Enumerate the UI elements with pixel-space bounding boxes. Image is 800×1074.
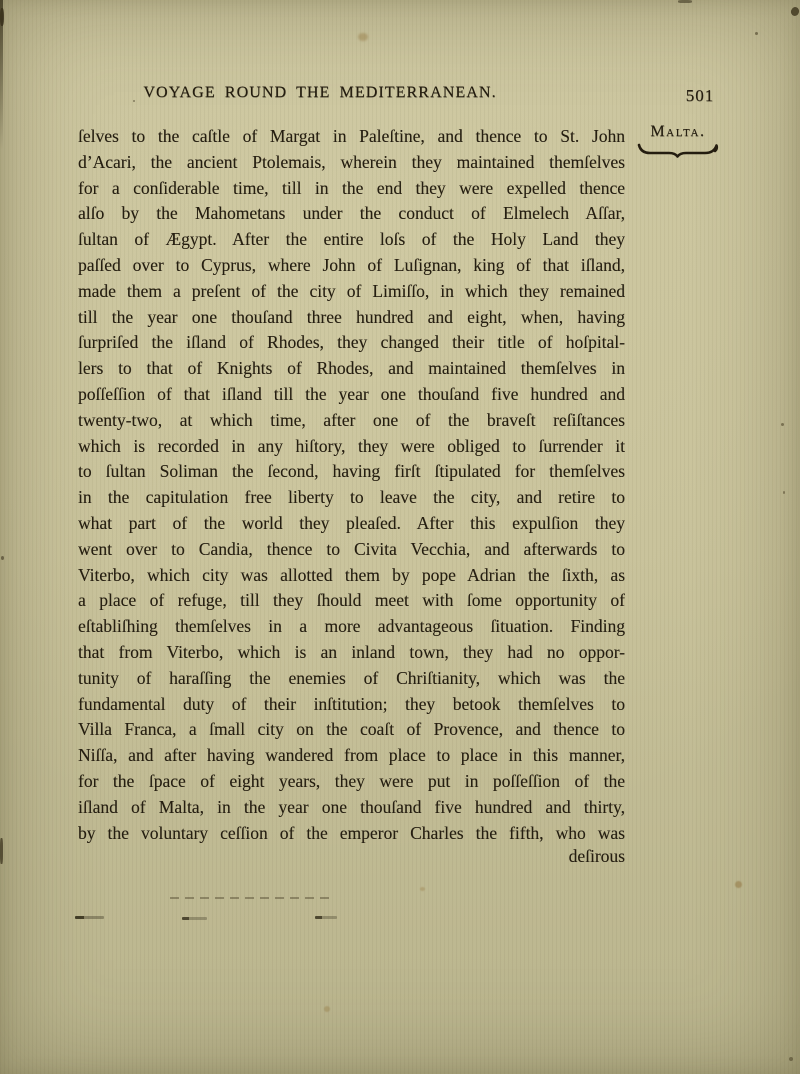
paper-speck xyxy=(755,32,758,35)
text-line: to ſultan Soliman the ſecond, having fir… xyxy=(78,459,625,485)
text-line: eſtabliſhing themſelves in a more advant… xyxy=(78,614,625,640)
text-line: that from Viterbo, which is an inland to… xyxy=(78,640,625,666)
paper-speck xyxy=(678,0,692,3)
text-line: which is recorded in any hiſtory, they w… xyxy=(78,434,625,460)
margin-note-label: Malta. xyxy=(634,123,722,141)
ink-showthrough-dash xyxy=(315,916,337,919)
text-line: Villa Franca, a ſmall city on the coaſt … xyxy=(78,717,625,743)
paper-speck xyxy=(783,491,785,494)
paper-speck xyxy=(1,556,4,560)
text-line: ſultan of Ægypt. After the entire loſs o… xyxy=(78,227,625,253)
paper-speck xyxy=(0,8,4,26)
text-line: fundamental duty of their inſtitution; t… xyxy=(78,692,625,718)
text-line: for the ſpace of eight years, they were … xyxy=(78,769,625,795)
text-line: Viterbo, which city was allotted them by… xyxy=(78,563,625,589)
ink-showthrough-line xyxy=(170,897,333,899)
age-spot xyxy=(420,887,425,891)
ink-showthrough-dash xyxy=(75,916,104,919)
text-line: lers to that of Knights of Rhodes, and m… xyxy=(78,356,625,382)
text-line: for a conſiderable time, till in the end… xyxy=(78,176,625,202)
paper-speck xyxy=(0,838,3,864)
text-line: paſſed over to Cyprus, where John of Luſ… xyxy=(78,253,625,279)
paper-speck xyxy=(790,6,800,17)
text-line: poſſeſſion of that iſland till the year … xyxy=(78,382,625,408)
text-line: made them a preſent of the city of Limiſ… xyxy=(78,279,625,305)
text-line: what part of the world they pleaſed. Aft… xyxy=(78,511,625,537)
margin-note: Malta. xyxy=(634,123,722,158)
text-line: twenty-two, at which time, after one of … xyxy=(78,408,625,434)
text-line: Niſſa, and after having wandered from pl… xyxy=(78,743,625,769)
text-line: alſo by the Mahometans under the conduct… xyxy=(78,201,625,227)
text-line: by the voluntary ceſſion of the emperor … xyxy=(78,821,625,847)
text-line: went over to Candia, thence to Civita Ve… xyxy=(78,537,625,563)
age-spot xyxy=(735,881,742,888)
body-text: ſelves to the caſtle of Margat in Paleſt… xyxy=(78,124,625,846)
text-line: in the capitulation free liberty to leav… xyxy=(78,485,625,511)
age-spot xyxy=(358,33,368,41)
catchword: deſirous xyxy=(78,846,625,867)
paper-speck xyxy=(781,423,784,426)
paper-speck xyxy=(789,1057,793,1061)
text-line: ſelves to the caſtle of Margat in Paleſt… xyxy=(78,124,625,150)
text-line: ſurpriſed the iſland of Rhodes, they cha… xyxy=(78,330,625,356)
age-spot xyxy=(324,1006,330,1012)
ink-showthrough-dash xyxy=(182,917,207,920)
text-line: till the year one thouſand three hundred… xyxy=(78,305,625,331)
text-line: iſland of Malta, in the year one thouſan… xyxy=(78,795,625,821)
underbrace-icon xyxy=(637,142,719,158)
running-header: VOYAGE ROUND THE MEDITERRANEAN. xyxy=(78,84,562,102)
text-line: a place of refuge, till they ſhould meet… xyxy=(78,588,625,614)
text-line: d’Acari, the ancient Ptolemais, wherein … xyxy=(78,150,625,176)
text-line: tunity of haraſſing the enemies of Chriſ… xyxy=(78,666,625,692)
gutter-shadow xyxy=(0,0,3,150)
page-number: 501 xyxy=(678,86,722,106)
book-page: VOYAGE ROUND THE MEDITERRANEAN. 501 Malt… xyxy=(0,0,800,1074)
